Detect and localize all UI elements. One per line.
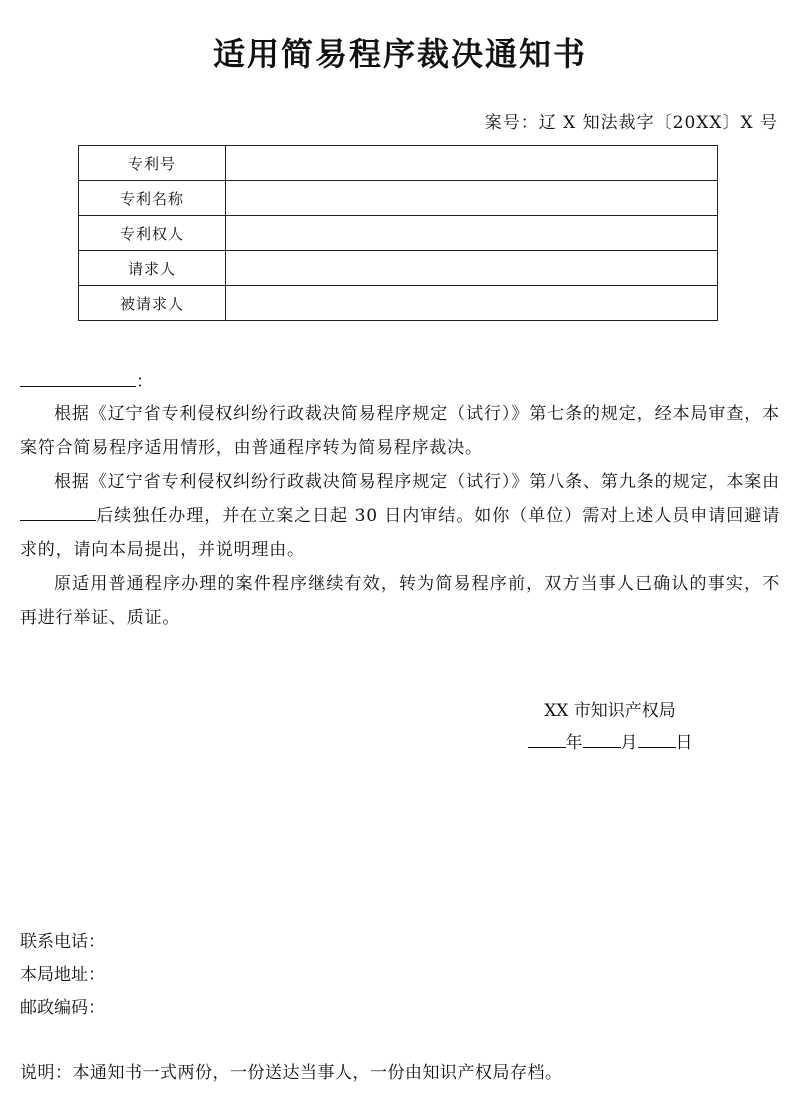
document-title: 适用简易程序裁决通知书 — [0, 30, 800, 78]
info-table: 专利号 专利名称 专利权人 请求人 被请求人 — [78, 145, 718, 321]
salutation: ： — [20, 368, 153, 395]
paragraph-2-before: 根据《辽宁省专利侵权纠纷行政裁决简易程序规定（试行）》第八条、第九条的规定，本案… — [54, 472, 780, 492]
patent-name-label: 专利名称 — [79, 181, 226, 216]
respondent-label: 被请求人 — [79, 286, 226, 321]
paragraph-2-after: 后续独任办理，并在立案之日起 30 日内审结。如你（单位）需对上述人员申请回避请… — [20, 506, 780, 560]
postcode-label: 邮政编码： — [20, 992, 105, 1025]
year-label: 年 — [566, 733, 583, 753]
patentee-label: 专利权人 — [79, 216, 226, 251]
patent-name-value[interactable] — [226, 181, 718, 216]
contact-info: 联系电话： 本局地址： 邮政编码： — [20, 926, 105, 1025]
paragraph-2: 根据《辽宁省专利侵权纠纷行政裁决简易程序规定（试行）》第八条、第九条的规定，本案… — [20, 465, 780, 567]
issuing-authority: XX 市知识产权局 — [500, 695, 720, 727]
table-row: 专利号 — [79, 146, 718, 181]
signature-block: XX 市知识产权局 年月日 — [500, 695, 720, 759]
document-note: 说明：本通知书一式两份，一份送达当事人，一份由知识产权局存档。 — [20, 1060, 563, 1086]
patent-number-label: 专利号 — [79, 146, 226, 181]
handler-blank[interactable] — [20, 502, 96, 521]
respondent-value[interactable] — [226, 286, 718, 321]
address-label: 本局地址： — [20, 959, 105, 992]
table-row: 专利名称 — [79, 181, 718, 216]
day-blank[interactable] — [638, 729, 676, 748]
table-row: 专利权人 — [79, 216, 718, 251]
month-blank[interactable] — [583, 729, 621, 748]
addressee-blank[interactable] — [20, 368, 136, 387]
paragraph-1: 根据《辽宁省专利侵权纠纷行政裁决简易程序规定（试行）》第七条的规定，经本局审查，… — [20, 397, 780, 465]
requester-value[interactable] — [226, 251, 718, 286]
phone-label: 联系电话： — [20, 926, 105, 959]
patentee-value[interactable] — [226, 216, 718, 251]
salutation-colon: ： — [136, 372, 153, 392]
case-number: 案号：辽 X 知法裁字〔20XX〕X 号 — [485, 110, 778, 136]
table-row: 被请求人 — [79, 286, 718, 321]
month-label: 月 — [621, 733, 638, 753]
patent-number-value[interactable] — [226, 146, 718, 181]
table-row: 请求人 — [79, 251, 718, 286]
year-blank[interactable] — [528, 729, 566, 748]
notice-body: 根据《辽宁省专利侵权纠纷行政裁决简易程序规定（试行）》第七条的规定，经本局审查，… — [20, 397, 780, 635]
paragraph-3: 原适用普通程序办理的案件程序继续有效，转为简易程序前，双方当事人已确认的事实，不… — [20, 567, 780, 635]
requester-label: 请求人 — [79, 251, 226, 286]
date-line: 年月日 — [500, 727, 720, 759]
day-label: 日 — [676, 733, 693, 753]
